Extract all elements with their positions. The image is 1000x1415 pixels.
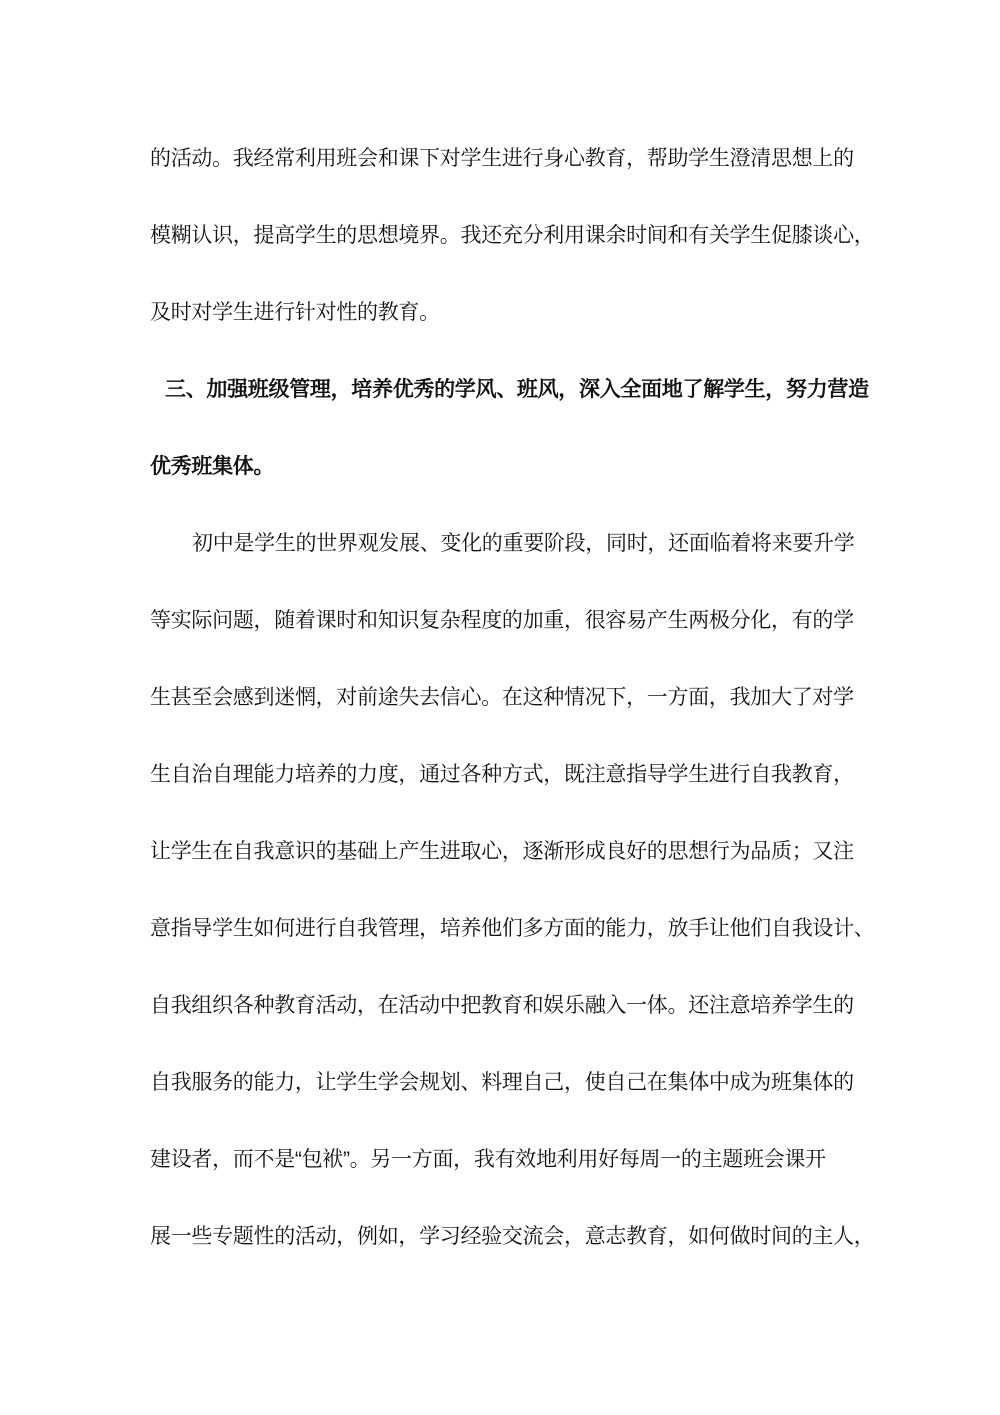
body-text-line: 等实际问题，随着课时和知识复杂程度的加重，很容易产生两极分化，有的学 xyxy=(150,582,860,659)
document-page: 的活动。我经常利用班会和课下对学生进行身心教育，帮助学生澄清思想上的 模糊认识，… xyxy=(0,0,1000,1415)
body-text-line: 生自治自理能力培养的力度，通过各种方式，既注意指导学生进行自我教育， xyxy=(150,736,860,813)
section-heading-line: 三、加强班级管理，培养优秀的学风、班风，深入全面地了解学生，努力营造 xyxy=(150,351,860,428)
body-text-line: 展一些专题性的活动，例如，学习经验交流会，意志教育，如何做时间的主人， xyxy=(150,1198,860,1275)
body-text-line: 模糊认识，提高学生的思想境界。我还充分利用课余时间和有关学生促膝谈心， xyxy=(150,197,860,274)
body-text-line: 自我服务的能力，让学生学会规划、料理自己，使自己在集体中成为班集体的 xyxy=(150,1044,860,1121)
document-text-block: 的活动。我经常利用班会和课下对学生进行身心教育，帮助学生澄清思想上的 模糊认识，… xyxy=(150,120,860,1275)
body-text-line: 生甚至会感到迷惘，对前途失去信心。在这种情况下，一方面，我加大了对学 xyxy=(150,659,860,736)
body-text-line: 意指导学生如何进行自我管理，培养他们多方面的能力，放手让他们自我设计、 xyxy=(150,890,860,967)
body-text-line: 的活动。我经常利用班会和课下对学生进行身心教育，帮助学生澄清思想上的 xyxy=(150,120,860,197)
body-text-line: 及时对学生进行针对性的教育。 xyxy=(150,274,860,351)
section-heading: 三、加强班级管理，培养优秀的学风、班风，深入全面地了解学生，努力营造 优秀班集体… xyxy=(150,351,860,505)
body-text-line: 自我组织各种教育活动，在活动中把教育和娱乐融入一体。还注意培养学生的 xyxy=(150,967,860,1044)
body-paragraph: 初中是学生的世界观发展、变化的重要阶段，同时，还面临着将来要升学 等实际问题，随… xyxy=(150,505,860,1275)
body-text-line: 让学生在自我意识的基础上产生进取心，逐渐形成良好的思想行为品质；又注 xyxy=(150,813,860,890)
body-text-line: 初中是学生的世界观发展、变化的重要阶段，同时，还面临着将来要升学 xyxy=(150,505,860,582)
body-text-line: 建设者，而不是“包袱”。另一方面，我有效地利用好每周一的主题班会课开 xyxy=(150,1121,860,1198)
section-heading-line: 优秀班集体。 xyxy=(150,428,860,505)
paragraph-continuation: 的活动。我经常利用班会和课下对学生进行身心教育，帮助学生澄清思想上的 模糊认识，… xyxy=(150,120,860,351)
